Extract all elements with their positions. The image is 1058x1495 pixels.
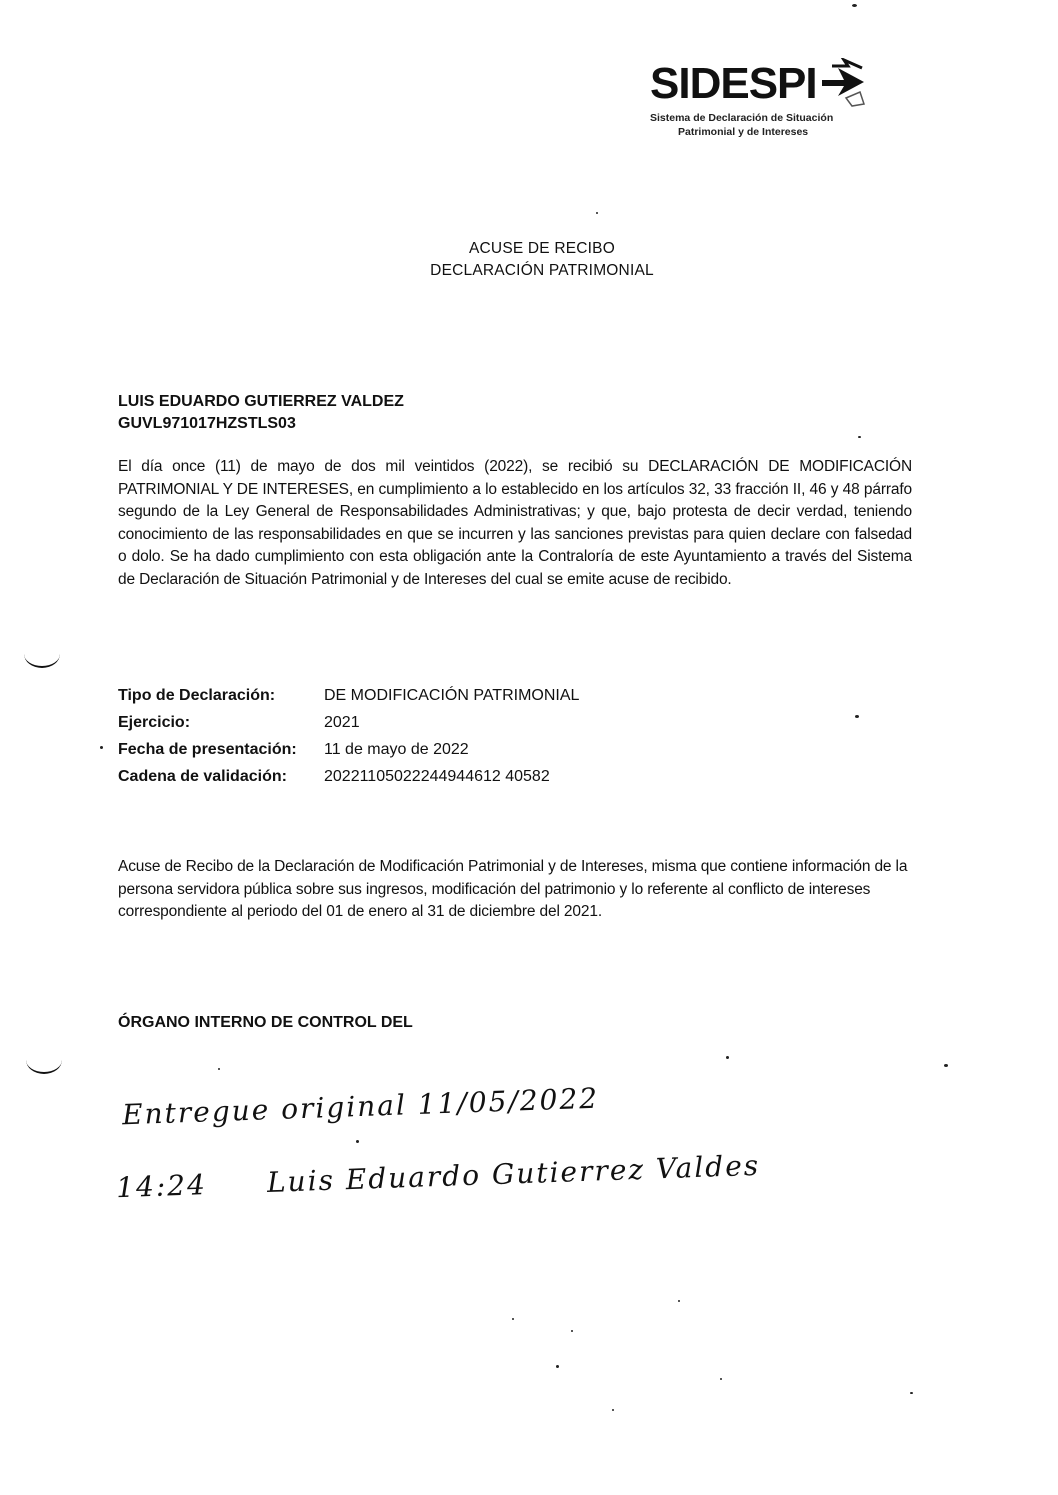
- field-label: Fecha de presentación:: [118, 741, 324, 759]
- document-subtitle: DECLARACIÓN PATRIMONIAL: [0, 260, 1058, 282]
- sidespi-logo: SIDESPI Sistema de Declaración de Situac…: [648, 56, 878, 146]
- scan-speck: [612, 1409, 614, 1411]
- field-label: Tipo de Declaración:: [118, 687, 324, 705]
- field-value: 11 de mayo de 2022: [324, 741, 469, 759]
- scan-speck: [852, 4, 857, 7]
- field-value: 2021: [324, 714, 360, 732]
- field-label: Cadena de validación:: [118, 768, 324, 786]
- receipt-paragraph: El día once (11) de mayo de dos mil vein…: [118, 456, 912, 591]
- scan-speck: [858, 436, 861, 438]
- logo-wordmark: SIDESPI: [650, 62, 817, 106]
- logo-subtitle-1: Sistema de Declaración de Situación: [650, 112, 833, 124]
- declarant-name: LUIS EDUARDO GUTIERREZ VALDEZ: [118, 391, 404, 413]
- hole-punch-mark: [24, 640, 60, 668]
- field-row-cadena: Cadena de validación: 202211050222449446…: [118, 763, 579, 790]
- handwritten-note: Entregue original 11/05/2022: [122, 1082, 600, 1132]
- scan-speck: [678, 1300, 680, 1302]
- field-row-tipo: Tipo de Declaración: DE MODIFICACIÓN PAT…: [118, 682, 579, 709]
- handwritten-signature: Luis Eduardo Gutierrez Valdes: [266, 1149, 760, 1199]
- scan-speck: [944, 1064, 948, 1067]
- summary-paragraph: Acuse de Recibo de la Declaración de Mod…: [118, 856, 912, 924]
- declaration-details: Tipo de Declaración: DE MODIFICACIÓN PAT…: [118, 682, 579, 790]
- scan-speck: [910, 1392, 913, 1394]
- arrow-icon: [818, 58, 870, 110]
- scan-speck: [512, 1318, 514, 1320]
- scan-speck: [218, 1068, 220, 1070]
- issuing-organ: ÓRGANO INTERNO DE CONTROL DEL: [118, 1014, 413, 1032]
- scan-speck: [720, 1378, 722, 1380]
- scan-speck: [855, 715, 859, 718]
- scan-speck: [356, 1140, 359, 1143]
- field-value: DE MODIFICACIÓN PATRIMONIAL: [324, 687, 579, 705]
- scan-speck: [726, 1056, 729, 1059]
- hole-punch-mark: [26, 1046, 62, 1074]
- handwritten-time: 14:24: [116, 1166, 257, 1204]
- scan-speck: [596, 212, 598, 214]
- document-title: ACUSE DE RECIBO: [0, 238, 1058, 260]
- logo-subtitle-2: Patrimonial y de Intereses: [678, 126, 808, 138]
- scan-speck: [556, 1365, 559, 1368]
- field-value: 20221105022244944612 40582: [324, 768, 550, 786]
- scan-speck: [100, 746, 103, 749]
- field-row-ejercicio: Ejercicio: 2021: [118, 709, 579, 736]
- scan-speck: [571, 1330, 573, 1332]
- handwritten-signature-line: 14:24 Luis Eduardo Gutierrez Valdes: [116, 1149, 761, 1204]
- field-label: Ejercicio:: [118, 714, 324, 732]
- declarant-curp: GUVL971017HZSTLS03: [118, 413, 296, 435]
- field-row-fecha: Fecha de presentación: 11 de mayo de 202…: [118, 736, 579, 763]
